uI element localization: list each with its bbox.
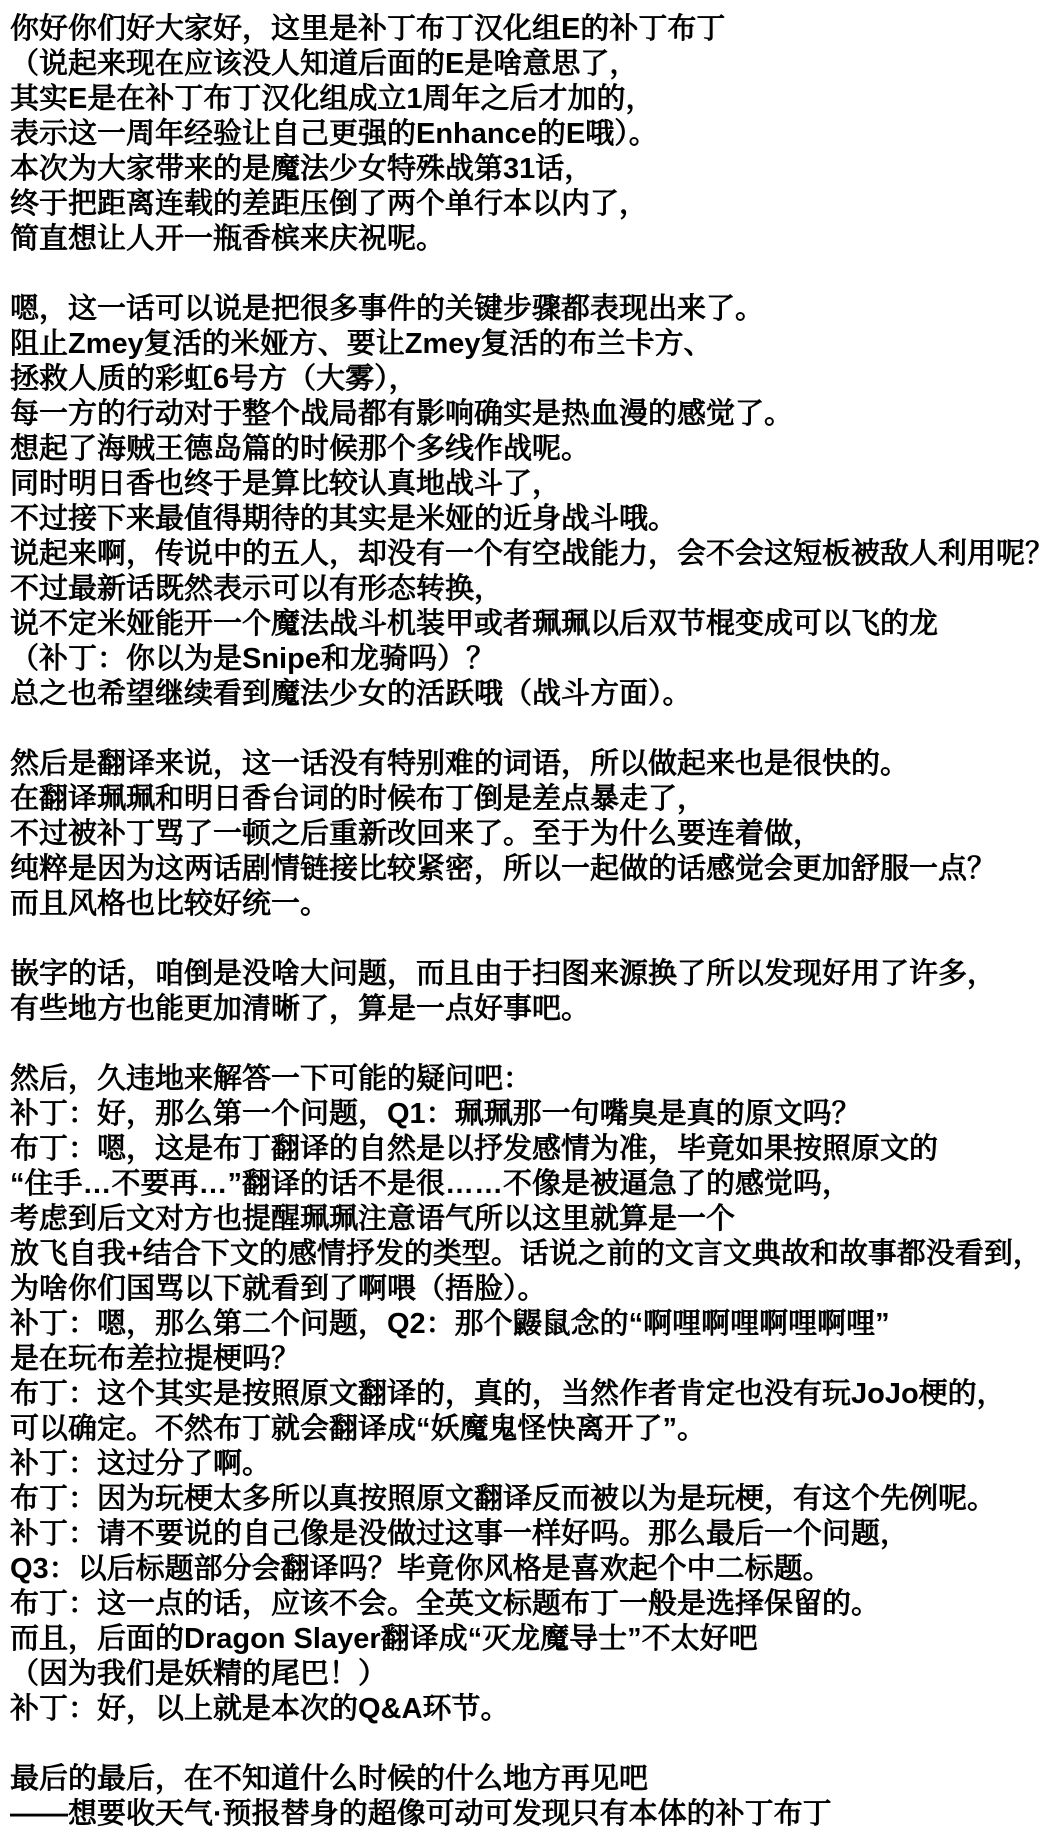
- paragraph-translation-notes: 然后是翻译来说，这一话没有特别难的词语，所以做起来也是很快的。 在翻译珮珮和明日…: [10, 747, 1050, 922]
- text-line: 说起来啊，传说中的五人，却没有一个有空战能力，会不会这短板被敌人利用呢？: [10, 537, 1050, 572]
- text-line: （说起来现在应该没人知道后面的E是啥意思了，: [10, 47, 1050, 82]
- text-line: 终于把距离连载的差距压倒了两个单行本以内了，: [10, 187, 1050, 222]
- text-line: 布丁：这个其实是按照原文翻译的，真的，当然作者肯定也没有玩JoJo梗的，: [10, 1377, 1050, 1412]
- text-line: 最后的最后，在不知道什么时候的什么地方再见吧: [10, 1762, 1050, 1797]
- text-line: 然后是翻译来说，这一话没有特别难的词语，所以做起来也是很快的。: [10, 747, 1050, 782]
- text-line: 布丁：嗯，这是布丁翻译的自然是以抒发感情为准，毕竟如果按照原文的: [10, 1132, 1050, 1167]
- text-line: 补丁：嗯，那么第二个问题，Q2：那个鼹鼠念的“啊哩啊哩啊哩啊哩”: [10, 1307, 1050, 1342]
- paragraph-qa-section: 然后，久违地来解答一下可能的疑问吧： 补丁：好，那么第一个问题，Q1：珮珮那一句…: [10, 1062, 1050, 1727]
- text-line: 放飞自我+结合下文的感情抒发的类型。话说之前的文言文典故和故事都没看到，: [10, 1237, 1050, 1272]
- text-line: 想起了海贼王德岛篇的时候那个多线作战呢。: [10, 432, 1050, 467]
- text-line: 简直想让人开一瓶香槟来庆祝呢。: [10, 222, 1050, 257]
- text-line: 补丁：这过分了啊。: [10, 1447, 1050, 1482]
- text-line: 嵌字的话，咱倒是没啥大问题，而且由于扫图来源换了所以发现好用了许多，: [10, 957, 1050, 992]
- text-line: 不过被补丁骂了一顿之后重新改回来了。至于为什么要连着做，: [10, 817, 1050, 852]
- text-line: 补丁：请不要说的自己像是没做过这事一样好吗。那么最后一个问题，: [10, 1517, 1050, 1552]
- paragraph-greeting: 你好你们好大家好，这里是补丁布丁汉化组E的补丁布丁 （说起来现在应该没人知道后面…: [10, 12, 1050, 257]
- paragraph-typesetting-notes: 嵌字的话，咱倒是没啥大问题，而且由于扫图来源换了所以发现好用了许多， 有些地方也…: [10, 957, 1050, 1027]
- text-line: 总之也希望继续看到魔法少女的活跃哦（战斗方面）。: [10, 677, 1050, 712]
- paragraph-chapter-comments: 嗯，这一话可以说是把很多事件的关键步骤都表现出来了。 阻止Zmey复活的米娅方、…: [10, 292, 1050, 712]
- text-line: 每一方的行动对于整个战局都有影响确实是热血漫的感觉了。: [10, 397, 1050, 432]
- paragraph-farewell: 最后的最后，在不知道什么时候的什么地方再见吧 ——想要收天气·预报替身的超像可动…: [10, 1762, 1050, 1832]
- text-line: 表示这一周年经验让自己更强的Enhance的E哦）。: [10, 117, 1050, 152]
- text-line: 阻止Zmey复活的米娅方、要让Zmey复活的布兰卡方、: [10, 327, 1050, 362]
- text-line: 然后，久违地来解答一下可能的疑问吧：: [10, 1062, 1050, 1097]
- text-line: 拯救人质的彩虹6号方（大雾），: [10, 362, 1050, 397]
- text-line: 为啥你们国骂以下就看到了啊喂（捂脸）。: [10, 1272, 1050, 1307]
- text-line: （补丁：你以为是Snipe和龙骑吗）？: [10, 642, 1050, 677]
- text-line: 布丁：因为玩梗太多所以真按照原文翻译反而被以为是玩梗，有这个先例呢。: [10, 1482, 1050, 1517]
- text-line: 嗯，这一话可以说是把很多事件的关键步骤都表现出来了。: [10, 292, 1050, 327]
- text-line: 纯粹是因为这两话剧情链接比较紧密，所以一起做的话感觉会更加舒服一点？: [10, 852, 1050, 887]
- text-line: “住手…不要再…”翻译的话不是很……不像是被逼急了的感觉吗，: [10, 1167, 1050, 1202]
- text-line: 不过接下来最值得期待的其实是米娅的近身战斗哦。: [10, 502, 1050, 537]
- text-line: 补丁：好，那么第一个问题，Q1：珮珮那一句嘴臭是真的原文吗？: [10, 1097, 1050, 1132]
- text-line: 在翻译珮珮和明日香台词的时候布丁倒是差点暴走了，: [10, 782, 1050, 817]
- text-line: 有些地方也能更加清晰了，算是一点好事吧。: [10, 992, 1050, 1027]
- text-line: 可以确定。不然布丁就会翻译成“妖魔鬼怪快离开了”。: [10, 1412, 1050, 1447]
- text-line: 不过最新话既然表示可以有形态转换，: [10, 572, 1050, 607]
- text-line: 而且，后面的Dragon Slayer翻译成“灭龙魔导士”不太好吧: [10, 1622, 1050, 1657]
- text-line: 而且风格也比较好统一。: [10, 887, 1050, 922]
- text-line: 布丁：这一点的话，应该不会。全英文标题布丁一般是选择保留的。: [10, 1587, 1050, 1622]
- text-line: Q3：以后标题部分会翻译吗？毕竟你风格是喜欢起个中二标题。: [10, 1552, 1050, 1587]
- text-line: 补丁：好，以上就是本次的Q&A环节。: [10, 1692, 1050, 1727]
- text-line: 本次为大家带来的是魔法少女特殊战第31话，: [10, 152, 1050, 187]
- text-line: 你好你们好大家好，这里是补丁布丁汉化组E的补丁布丁: [10, 12, 1050, 47]
- text-line: 考虑到后文对方也提醒珮珮注意语气所以这里就算是一个: [10, 1202, 1050, 1237]
- afterword-page: 你好你们好大家好，这里是补丁布丁汉化组E的补丁布丁 （说起来现在应该没人知道后面…: [0, 0, 1058, 1844]
- text-line: 是在玩布差拉提梗吗？: [10, 1342, 1050, 1377]
- text-line: 同时明日香也终于是算比较认真地战斗了，: [10, 467, 1050, 502]
- text-line: （因为我们是妖精的尾巴！）: [10, 1657, 1050, 1692]
- text-line: 其实E是在补丁布丁汉化组成立1周年之后才加的，: [10, 82, 1050, 117]
- text-line: 说不定米娅能开一个魔法战斗机装甲或者珮珮以后双节棍变成可以飞的龙: [10, 607, 1050, 642]
- text-line: ——想要收天气·预报替身的超像可动可发现只有本体的补丁布丁: [10, 1797, 1050, 1832]
